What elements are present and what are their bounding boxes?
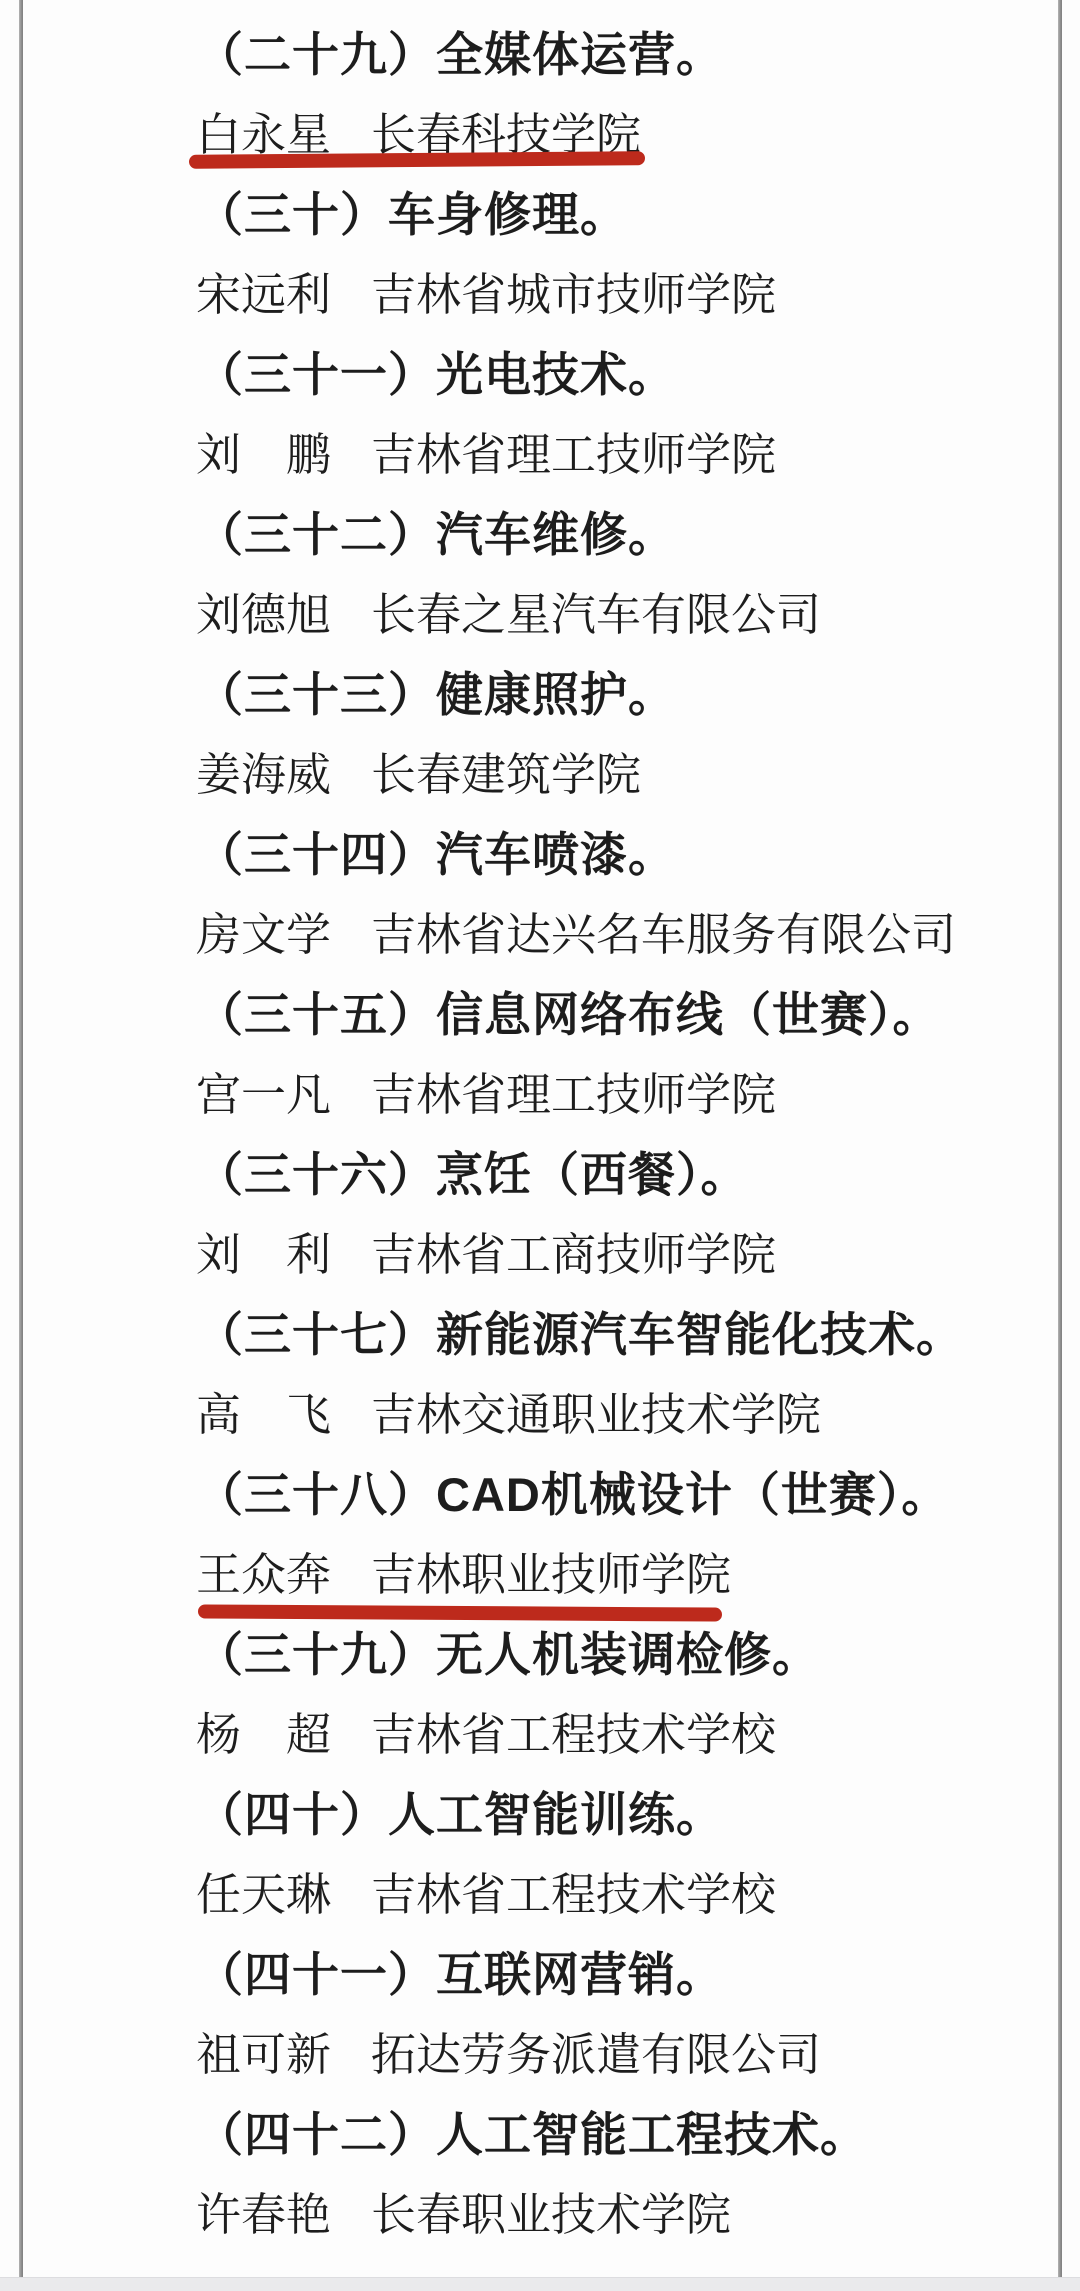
- winner-name: 任天琳: [196, 1855, 371, 1935]
- winner-institution: 长春之星汽车有限公司: [371, 589, 821, 640]
- winner-institution: 吉林省理工技师学院: [371, 1069, 776, 1120]
- category-heading-40: （四十）人工智能训练。: [0, 1775, 1080, 1855]
- category-heading-36: （三十六）烹饪（西餐）。: [0, 1135, 1080, 1215]
- category-heading-38: （三十八）CAD机械设计（世赛）。: [0, 1455, 1080, 1535]
- winner-name: 高 飞: [196, 1375, 371, 1455]
- winner-institution: 吉林省工程技术学校: [371, 1869, 776, 1920]
- winner-row-39: 杨 超吉林省工程技术学校: [0, 1695, 1080, 1775]
- winner-name: 姜海威: [196, 735, 371, 815]
- winner-row-41: 祖可新拓达劳务派遣有限公司: [0, 2015, 1080, 2095]
- winner-institution: 吉林省工程技术学校: [371, 1709, 776, 1760]
- winner-row-32: 刘德旭长春之星汽车有限公司: [0, 575, 1080, 655]
- winner-name: 房文学: [196, 895, 371, 975]
- winner-name: 许春艳: [196, 2175, 371, 2255]
- category-heading-31: （三十一）光电技术。: [0, 335, 1080, 415]
- winner-row-40: 任天琳吉林省工程技术学校: [0, 1855, 1080, 1935]
- winner-name: 王众奔: [196, 1535, 371, 1615]
- winner-name: 刘 利: [196, 1215, 371, 1295]
- winner-name: 祖可新: [196, 2015, 371, 2095]
- winner-row-35: 宫一凡吉林省理工技师学院: [0, 1055, 1080, 1135]
- category-heading-41: （四十一）互联网营销。: [0, 1935, 1080, 2015]
- winner-name: 宋远利: [196, 255, 371, 335]
- winner-row-38: 王众奔吉林职业技师学院: [0, 1535, 1080, 1615]
- document-page: （二十九）全媒体运营。 白永星长春科技学院 （三十）车身修理。 宋远利吉林省城市…: [0, 0, 1080, 2291]
- winner-institution: 长春职业技术学院: [371, 2189, 731, 2240]
- winner-row-42: 许春艳长春职业技术学院: [0, 2175, 1080, 2255]
- winner-institution: 吉林省达兴名车服务有限公司: [371, 909, 956, 960]
- category-heading-33: （三十三）健康照护。: [0, 655, 1080, 735]
- category-heading-37: （三十七）新能源汽车智能化技术。: [0, 1295, 1080, 1375]
- winner-name: 刘 鹏: [196, 415, 371, 495]
- winner-row-37: 高 飞吉林交通职业技术学院: [0, 1375, 1080, 1455]
- winner-name: 宫一凡: [196, 1055, 371, 1135]
- category-heading-39: （三十九）无人机装调检修。: [0, 1615, 1080, 1695]
- winner-row-36: 刘 利吉林省工商技师学院: [0, 1215, 1080, 1295]
- category-heading-29: （二十九）全媒体运营。: [0, 15, 1080, 95]
- winner-institution: 吉林省工商技师学院: [371, 1229, 776, 1280]
- winner-row-33: 姜海威长春建筑学院: [0, 735, 1080, 815]
- category-heading-34: （三十四）汽车喷漆。: [0, 815, 1080, 895]
- winner-institution: 长春建筑学院: [371, 749, 641, 800]
- winner-name: 刘德旭: [196, 575, 371, 655]
- winner-row-30: 宋远利吉林省城市技师学院: [0, 255, 1080, 335]
- category-heading-32: （三十二）汽车维修。: [0, 495, 1080, 575]
- winner-institution: 吉林交通职业技术学院: [371, 1389, 821, 1440]
- winner-institution: 吉林职业技师学院: [371, 1549, 731, 1600]
- winner-institution: 吉林省城市技师学院: [371, 269, 776, 320]
- winner-row-31: 刘 鹏吉林省理工技师学院: [0, 415, 1080, 495]
- bottom-strip: [0, 2277, 1080, 2291]
- document-content: （二十九）全媒体运营。 白永星长春科技学院 （三十）车身修理。 宋远利吉林省城市…: [0, 15, 1080, 2255]
- winner-row-34: 房文学吉林省达兴名车服务有限公司: [0, 895, 1080, 975]
- category-heading-30: （三十）车身修理。: [0, 175, 1080, 255]
- winner-institution: 吉林省理工技师学院: [371, 429, 776, 480]
- category-heading-42: （四十二）人工智能工程技术。: [0, 2095, 1080, 2175]
- winner-name: 杨 超: [196, 1695, 371, 1775]
- winner-institution: 拓达劳务派遣有限公司: [371, 2029, 821, 2080]
- category-heading-35: （三十五）信息网络布线（世赛）。: [0, 975, 1080, 1055]
